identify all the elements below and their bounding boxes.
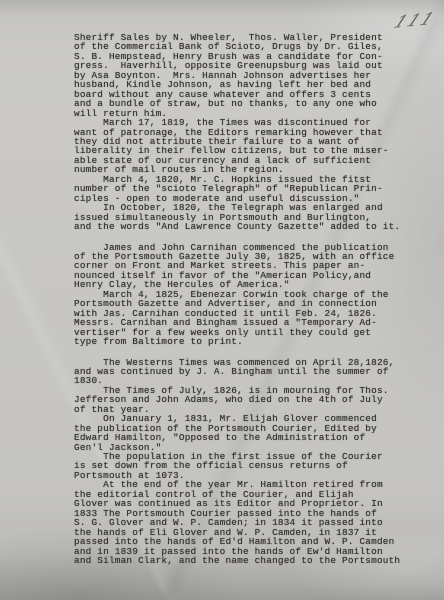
paragraph: The Westerns Times was commenced on Apri… xyxy=(74,358,414,386)
scanned-page: 111 Sheriff Sales by N. Wheeler, Thos. W… xyxy=(0,0,444,600)
paragraph: On January 1, 1831, Mr. Elijah Glover co… xyxy=(74,414,414,452)
paragraph: March 4, 1820, Mr. C. Hopkins issued the… xyxy=(74,175,414,203)
paragraph: The population in the first issue of the… xyxy=(74,452,414,480)
typed-text-block: Sheriff Sales by N. Wheeler, Thos. Walle… xyxy=(74,33,414,565)
paragraph: March 4, 1825, Ebenezar Corwin took char… xyxy=(74,290,414,347)
paragraph: Sheriff Sales by N. Wheeler, Thos. Walle… xyxy=(74,33,414,118)
paragraph: At the end of the year Mr. Hamilton reti… xyxy=(74,480,414,565)
paragraph: The Times of July, 1826, is in mourning … xyxy=(74,386,414,414)
handwritten-page-number: 111 xyxy=(390,9,438,33)
paragraph: James and John Carnihan commenced the pu… xyxy=(74,243,414,290)
paragraph: March 17, 1819, the Times was discontinu… xyxy=(74,118,414,175)
paragraph: In October, 1820, the Telegraph was enla… xyxy=(74,203,414,231)
